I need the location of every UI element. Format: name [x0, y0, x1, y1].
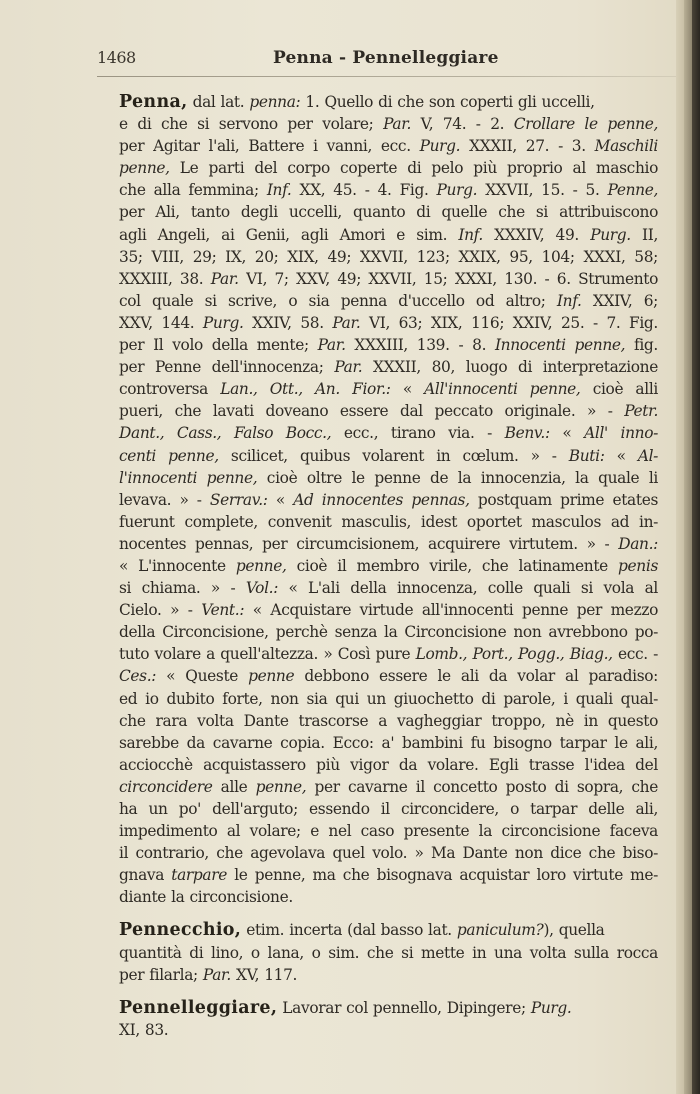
- citation-italic: Par.: [332, 314, 360, 332]
- page-header: 1468 Penna - Pennelleggiare: [97, 48, 682, 72]
- text-line: il contrario, che agevolava quel volo. »…: [94, 842, 658, 864]
- text-line: XXXIII, 38. Par. VI, 7; XXV, 49; XXVII, …: [94, 268, 658, 290]
- text-line: « L'innocente penne, cioè il membro viri…: [94, 555, 658, 577]
- text-line: Cielo. » - Vent.: « Acquistare virtude a…: [94, 599, 658, 621]
- citation-italic: Purg.: [437, 181, 478, 199]
- headword: Pennelleggiare,: [119, 998, 277, 1018]
- text-line: controversa Lan., Ott., An. Fior.: « All…: [94, 378, 658, 400]
- citation-italic: circoncidere: [119, 778, 212, 796]
- text-line: che alla femmina; Inf. XX, 45. - 4. Fig.…: [94, 179, 658, 201]
- headword: Penna,: [119, 92, 188, 112]
- text-line: nocentes pennas, per circumcisionem, acq…: [94, 533, 658, 555]
- citation-italic: Benv.:: [505, 424, 550, 442]
- text-line: e di che si servono per volare; Par. V, …: [94, 113, 658, 135]
- text-line: impedimento al volare; e nel caso presen…: [94, 820, 658, 842]
- citation-italic: Par.: [383, 115, 411, 133]
- page-edge: [676, 0, 684, 1094]
- citation-italic: Purg.: [203, 314, 244, 332]
- citation-italic: Ad innocentes pennas,: [293, 491, 469, 509]
- text-line: Lavorar col pennello, Dipingere; Purg.: [282, 999, 571, 1017]
- citation-italic: Par.: [334, 358, 362, 376]
- citation-italic: All'innocenti penne,: [424, 380, 580, 398]
- text-line: levava. » - Serrav.: « Ad innocentes pen…: [94, 489, 658, 511]
- text-line: per Il volo della mente; Par. XXXIII, 13…: [94, 334, 658, 356]
- text-line: fuerunt complete, convenit masculis, ide…: [94, 511, 658, 533]
- citation-italic: penne,: [119, 159, 170, 177]
- text-line: gnava tarpare le penne, ma che bisognava…: [94, 864, 658, 886]
- text-line: per Agitar l'ali, Battere i vanni, ecc. …: [94, 135, 658, 157]
- text-line: ed io dubito forte, non sia qui un giuoc…: [94, 688, 658, 710]
- text-line: per Ali, tanto degli uccelli, quanto di …: [94, 201, 658, 223]
- citation-italic: Ces.:: [119, 667, 156, 685]
- text-line: pueri, che lavati doveano essere dal pec…: [94, 400, 658, 422]
- text-line: della Circoncisione, perchè senza la Cir…: [94, 621, 658, 643]
- text-line: quantità di lino, o lana, o sim. che si …: [94, 942, 658, 964]
- citation-italic: Lomb., Port., Pogg., Biag.,: [416, 645, 613, 663]
- text-line: l'innocenti penne, cioè oltre le penne d…: [94, 467, 658, 489]
- text-line: per Penne dell'innocenza; Par. XXXII, 80…: [94, 356, 658, 378]
- text-line: circoncidere alle penne, per cavarne il …: [94, 776, 658, 798]
- dictionary-text: Penna, dal lat. penna: 1. Quello di che …: [94, 91, 658, 1041]
- page-edge: [684, 0, 692, 1094]
- citation-italic: Lan., Ott., An. Fior.:: [220, 380, 390, 398]
- citation-italic: Inf.: [557, 292, 582, 310]
- citation-italic: All' inno-: [584, 424, 658, 442]
- citation-italic: Inf.: [458, 226, 483, 244]
- text-line: diante la circoncisione.: [94, 886, 658, 908]
- citation-italic: Petr.: [624, 402, 658, 420]
- text-line: agli Angeli, ai Genii, agli Amori e sim.…: [94, 224, 658, 246]
- citation-italic: Innocenti penne,: [495, 336, 625, 354]
- citation-italic: Par.: [203, 966, 231, 984]
- citation-italic: paniculum?: [457, 921, 544, 939]
- citation-italic: tarpare: [171, 866, 227, 884]
- citation-italic: Buti:: [569, 447, 605, 465]
- citation-italic: penne,: [256, 778, 307, 796]
- book-spine-shadow: [692, 0, 700, 1094]
- citation-italic: Par.: [318, 336, 346, 354]
- text-line: dal lat. penna: 1. Quello di che son cop…: [193, 93, 595, 111]
- citation-italic: Par.: [211, 270, 239, 288]
- text-line: XI, 83.: [94, 1019, 658, 1041]
- text-line: acciocchè acquistassero più vigor da vol…: [94, 754, 658, 776]
- text-line: Ces.: « Queste penne debbono essere le a…: [94, 665, 658, 687]
- citation-italic: Purg.: [531, 999, 572, 1017]
- text-line: ha un po' dell'arguto; essendo il circon…: [94, 798, 658, 820]
- text-line: 35; VIII, 29; IX, 20; XIX, 49; XXVII, 12…: [94, 246, 658, 268]
- citation-italic: Serrav.:: [210, 491, 268, 509]
- book-page: 1468 Penna - Pennelleggiare Penna, dal l…: [0, 0, 676, 1094]
- citation-italic: Vol.:: [246, 579, 278, 597]
- text-line: col quale si scrive, o sia penna d'uccel…: [94, 290, 658, 312]
- entry-pennelleggiare: Pennelleggiare, Lavorar col pennello, Di…: [94, 997, 658, 1041]
- text-line: centi penne, scilicet, quibus volarent i…: [94, 445, 658, 467]
- citation-italic: Maschili: [595, 137, 658, 155]
- citation-italic: l'innocenti penne,: [119, 469, 257, 487]
- citation-italic: Al-: [638, 447, 658, 465]
- citation-italic: Inf.: [267, 181, 292, 199]
- text-line: penne, Le parti del corpo coperte di pel…: [94, 157, 658, 179]
- citation-italic: Dan.:: [618, 535, 658, 553]
- citation-italic: penne,: [236, 557, 287, 575]
- citation-italic: centi penne,: [119, 447, 219, 465]
- entry-penna: Penna, dal lat. penna: 1. Quello di che …: [94, 91, 658, 908]
- headword: Pennecchio,: [119, 920, 241, 940]
- citation-italic: penne: [248, 667, 294, 685]
- text-line: per filarla; Par. XV, 117.: [94, 964, 658, 986]
- text-line: si chiama. » - Vol.: « L'ali della innoc…: [94, 577, 658, 599]
- header-rule: [97, 76, 682, 77]
- citation-italic: Purg.: [590, 226, 631, 244]
- text-line: Dant., Cass., Falso Bocc., ecc., tirano …: [94, 422, 658, 444]
- entry-body: dal lat. penna: 1. Quello di che son cop…: [94, 93, 658, 908]
- text-line: etim. incerta (dal basso lat. paniculum?…: [246, 921, 604, 939]
- running-head: Penna - Pennelleggiare: [273, 48, 499, 68]
- citation-italic: Crollare le penne,: [514, 115, 658, 133]
- citation-italic: Dant., Cass., Falso Bocc.,: [119, 424, 331, 442]
- text-line: che rara volta Dante trascorse a vaghegg…: [94, 710, 658, 732]
- citation-italic: penis: [618, 557, 658, 575]
- citation-italic: Vent.:: [201, 601, 244, 619]
- page-number: 1468: [97, 48, 136, 67]
- text-line: tuto volare a quell'altezza. » Così pure…: [94, 643, 658, 665]
- text-line: XXV, 144. Purg. XXIV, 58. Par. VI, 63; X…: [94, 312, 658, 334]
- entry-pennecchio: Pennecchio, etim. incerta (dal basso lat…: [94, 919, 658, 985]
- text-line: sarebbe da cavarne copia. Ecco: a' bambi…: [94, 732, 658, 754]
- citation-italic: Purg.: [420, 137, 461, 155]
- citation-italic: penna:: [249, 93, 300, 111]
- citation-italic: Penne,: [608, 181, 659, 199]
